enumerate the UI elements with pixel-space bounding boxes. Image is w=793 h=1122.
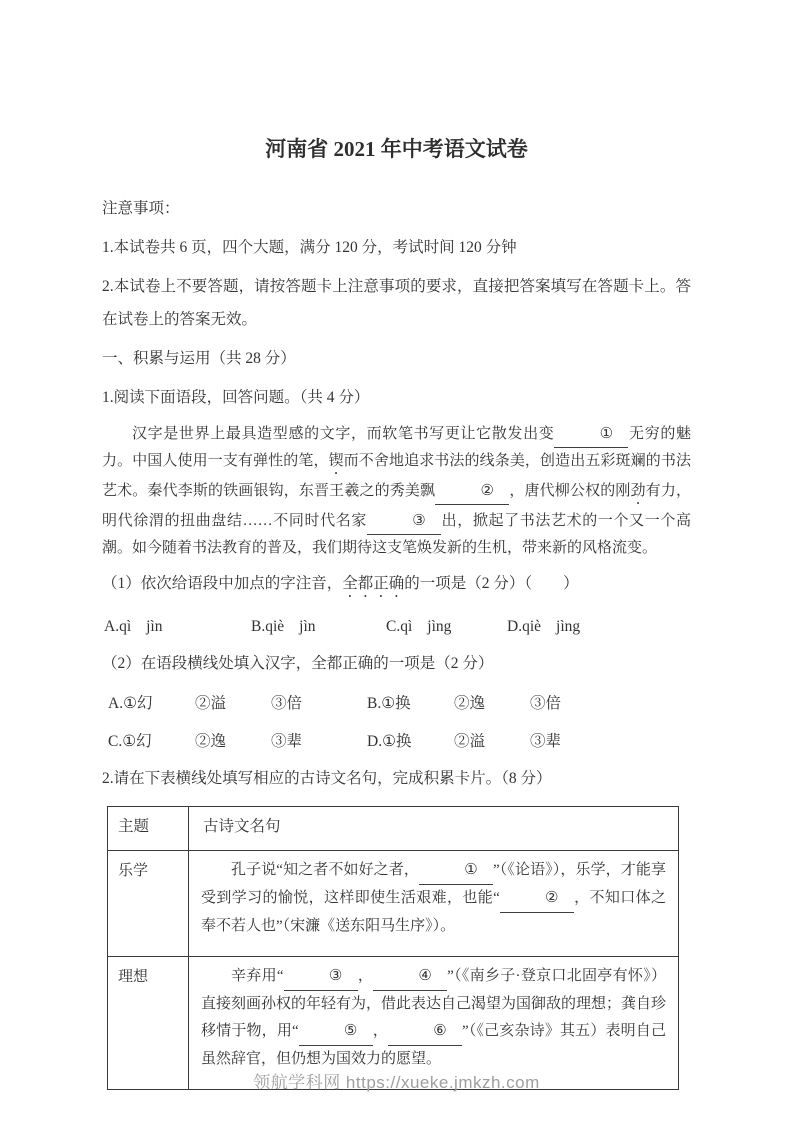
option-part: ③倍 <box>271 689 302 718</box>
question1-stem: 1.阅读下面语段，回答问题。（共 4 分） <box>102 381 691 414</box>
option-d: D.①换②溢③辈 <box>367 727 561 756</box>
pinyin-options-row: A.qìjìnB.qièjìnC.qìjìngD.qièjìng <box>102 612 691 641</box>
watermark-footer: 领航学科网 https://xueke.jmkzh.com <box>0 1068 793 1093</box>
fill-in-blank: ① <box>554 421 628 448</box>
text-segment: 辛弃用“ <box>231 968 284 984</box>
table-header-row: 主题 古诗文名句 <box>108 807 679 851</box>
option-label: C.qì <box>386 618 412 635</box>
hanzi-options-row-1: A.①幻②溢③倍B.①换②逸③倍 <box>102 689 691 718</box>
option-label: D.qiè <box>507 618 541 635</box>
option-part: ③倍 <box>530 689 561 718</box>
option-part: ②溢 <box>454 727 530 756</box>
page-title: 河南省 2021 年中考语文试卷 <box>0 0 793 162</box>
sub-question2-stem: （2）在语段横线处填入汉字，全都正确的一项是（2 分） <box>102 647 691 680</box>
hanzi-options-row-2: C.①幻②逸③辈D.①换②溢③辈 <box>102 727 691 756</box>
header-theme: 主题 <box>108 807 189 851</box>
content-cell: 孔子说“知之者不如好之者，①”（《论语》），乐学，才能享受到学习的愉悦，这样即使… <box>189 851 679 957</box>
text-segment: 孔子说“知之者不如好之者， <box>231 862 419 878</box>
sub-question1-stem: （1）依次给语段中加点的字注音，全都正确的一项是（2 分）（ ） <box>102 567 691 601</box>
text-segment: ， <box>373 1023 388 1039</box>
option-a: A.①幻②溢③倍 <box>108 689 367 718</box>
option-syllable: jìng <box>427 618 451 635</box>
option-syllable: jìng <box>556 618 580 635</box>
option-b: B.qièjìn <box>251 612 386 641</box>
emphasis-dotted-text: 全都正确 <box>342 575 404 592</box>
notices-heading: 注意事项： <box>102 192 691 225</box>
text-segment: 的一项是（2 分）（ ） <box>404 575 578 592</box>
exam-paper-page: 河南省 2021 年中考语文试卷 注意事项： 1.本试卷共 6 页，四个大题，满… <box>0 0 793 1122</box>
accumulation-card-table: 主题 古诗文名句 乐学 孔子说“知之者不如好之者，①”（《论语》），乐学，才能享… <box>107 806 679 1090</box>
fill-in-blank: ② <box>435 478 509 505</box>
option-syllable: jìn <box>299 618 315 635</box>
fill-in-blank: ① <box>419 857 493 885</box>
option-part: ③辈 <box>530 727 561 756</box>
table-row: 乐学 孔子说“知之者不如好之者，①”（《论语》），乐学，才能享受到学习的愉悦，这… <box>108 851 679 957</box>
fill-in-blank: ⑥ <box>388 1018 462 1046</box>
option-part: C.①幻 <box>108 727 195 756</box>
page-content: 注意事项： 1.本试卷共 6 页，四个大题，满分 120 分，考试时间 120 … <box>0 192 793 1090</box>
option-a: A.qìjìn <box>104 612 251 641</box>
option-part: A.①幻 <box>108 689 195 718</box>
fill-in-blank: ③ <box>367 508 441 535</box>
notice-item-2: 2.本试卷上不要答题，请按答题卡上注意事项的要求，直接把答案填写在答题卡上。答在… <box>102 270 691 336</box>
option-syllable: jìn <box>146 618 162 635</box>
option-d: D.qièjìng <box>507 612 580 641</box>
section-one-heading: 一、积累与运用（共 28 分） <box>102 342 691 375</box>
reading-passage: 汉字是世界上最具造型感的文字，而软笔书写更让它散发出变①无穷的魅力。中国人使用一… <box>102 421 691 561</box>
option-label: A.qì <box>104 618 131 635</box>
option-part: D.①换 <box>367 727 454 756</box>
option-part: ②溢 <box>195 689 271 718</box>
fill-in-blank: ③ <box>284 963 358 991</box>
notice-item-1: 1.本试卷共 6 页，四个大题，满分 120 分，考试时间 120 分钟 <box>102 231 691 264</box>
text-segment: 汉字是世界上最具造型感的文字，而软笔书写更让它散发出变 <box>132 426 554 442</box>
option-c: C.qìjìng <box>386 612 507 641</box>
emphasis-dotted-text: 锲 <box>329 453 344 469</box>
header-famous-lines: 古诗文名句 <box>189 807 679 851</box>
text-segment: ，唐代柳公权的刚 <box>509 483 630 499</box>
theme-cell: 乐学 <box>108 851 189 957</box>
fill-in-blank: ④ <box>373 963 447 991</box>
text-segment: ， <box>358 968 374 984</box>
option-part: ②逸 <box>195 727 271 756</box>
text-segment: （1）依次给语段中加点的字注音， <box>102 575 342 592</box>
option-label: B.qiè <box>251 618 284 635</box>
option-part: ②逸 <box>454 689 530 718</box>
question2-stem: 2.请在下表横线处填写相应的古诗文名句，完成积累卡片。（8 分） <box>102 762 691 795</box>
option-c: C.①幻②逸③辈 <box>108 727 367 756</box>
option-part: B.①换 <box>367 689 454 718</box>
fill-in-blank: ⑤ <box>299 1018 373 1046</box>
option-part: ③辈 <box>271 727 302 756</box>
emphasis-dotted-text: 劲 <box>631 483 646 499</box>
option-b: B.①换②逸③倍 <box>367 689 561 718</box>
fill-in-blank: ② <box>500 885 574 913</box>
